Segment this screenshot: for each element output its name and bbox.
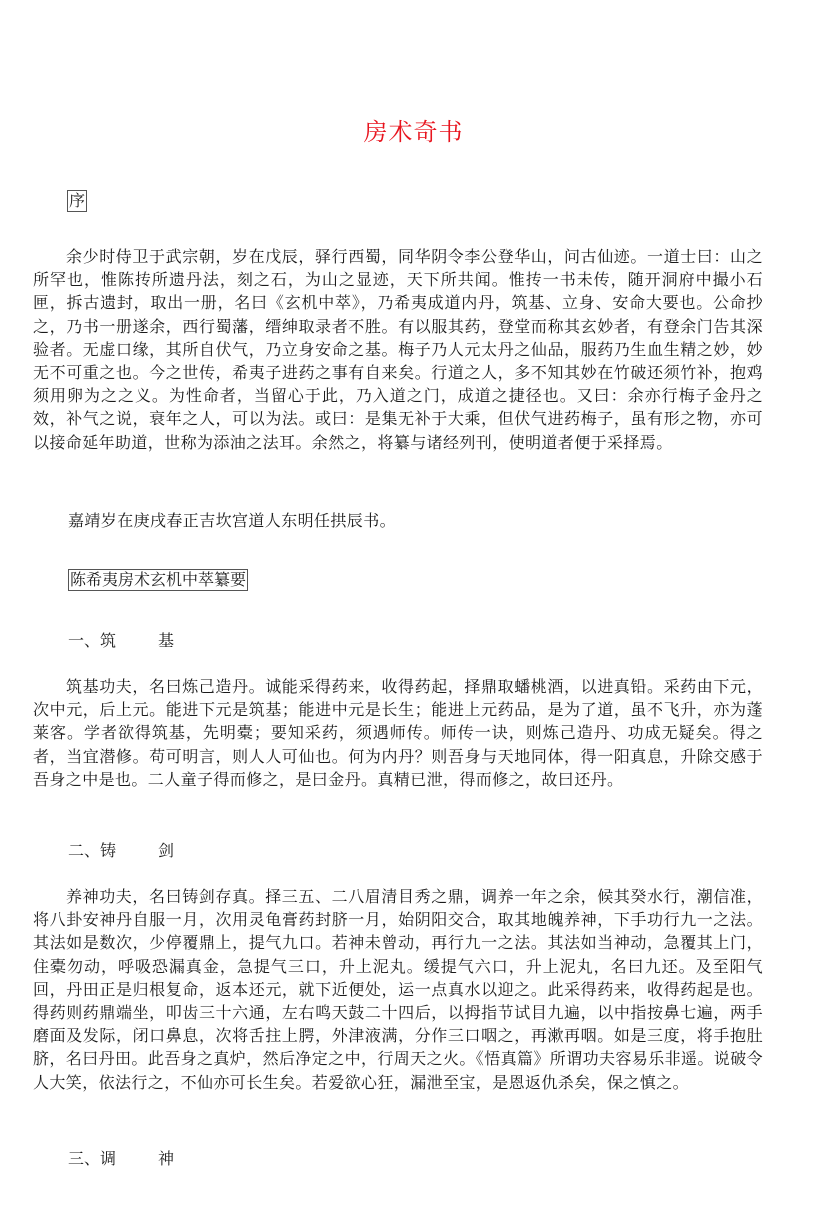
preface-label-box: 序 <box>67 190 87 212</box>
section-number: 三、 <box>68 1149 100 1168</box>
document-page: 房术奇书 序 余少时侍卫于武宗朝，岁在戊辰，驿行西蜀，同华阴令李公登华山，问古仙… <box>0 0 827 1211</box>
section-heading-3: 三、调神 <box>68 1148 174 1170</box>
section-name-second: 剑 <box>158 841 174 860</box>
section-name-second: 基 <box>158 631 174 650</box>
section-name-first: 铸 <box>100 841 116 860</box>
section-name-second: 神 <box>158 1149 174 1168</box>
section-name-first: 调 <box>100 1149 116 1168</box>
preface-signature: 嘉靖岁在庚戌春正吉坎宫道人东明任拱辰书。 <box>68 510 396 532</box>
section-name-first: 筑 <box>100 631 116 650</box>
section-paragraph-2: 养神功夫，名曰铸剑存真。择三五、二八眉清目秀之鼎，调养一年之余，候其癸水行，潮信… <box>33 885 763 1094</box>
section-number: 一、 <box>68 631 100 650</box>
document-title: 房术奇书 <box>0 116 827 148</box>
section-paragraph-1: 筑基功夫，名曰炼己造丹。诚能采得药来，收得药起，择鼎取蟠桃酒，以进真铅。采药由下… <box>33 675 763 791</box>
section-heading-2: 二、铸剑 <box>68 840 174 862</box>
section-title-box: 陈希夷房术玄机中萃纂要 <box>68 569 248 591</box>
section-heading-1: 一、筑基 <box>68 630 174 652</box>
section-number: 二、 <box>68 841 100 860</box>
preface-paragraph: 余少时侍卫于武宗朝，岁在戊辰，驿行西蜀，同华阴令李公登华山，问古仙迹。一道士曰：… <box>33 245 763 454</box>
